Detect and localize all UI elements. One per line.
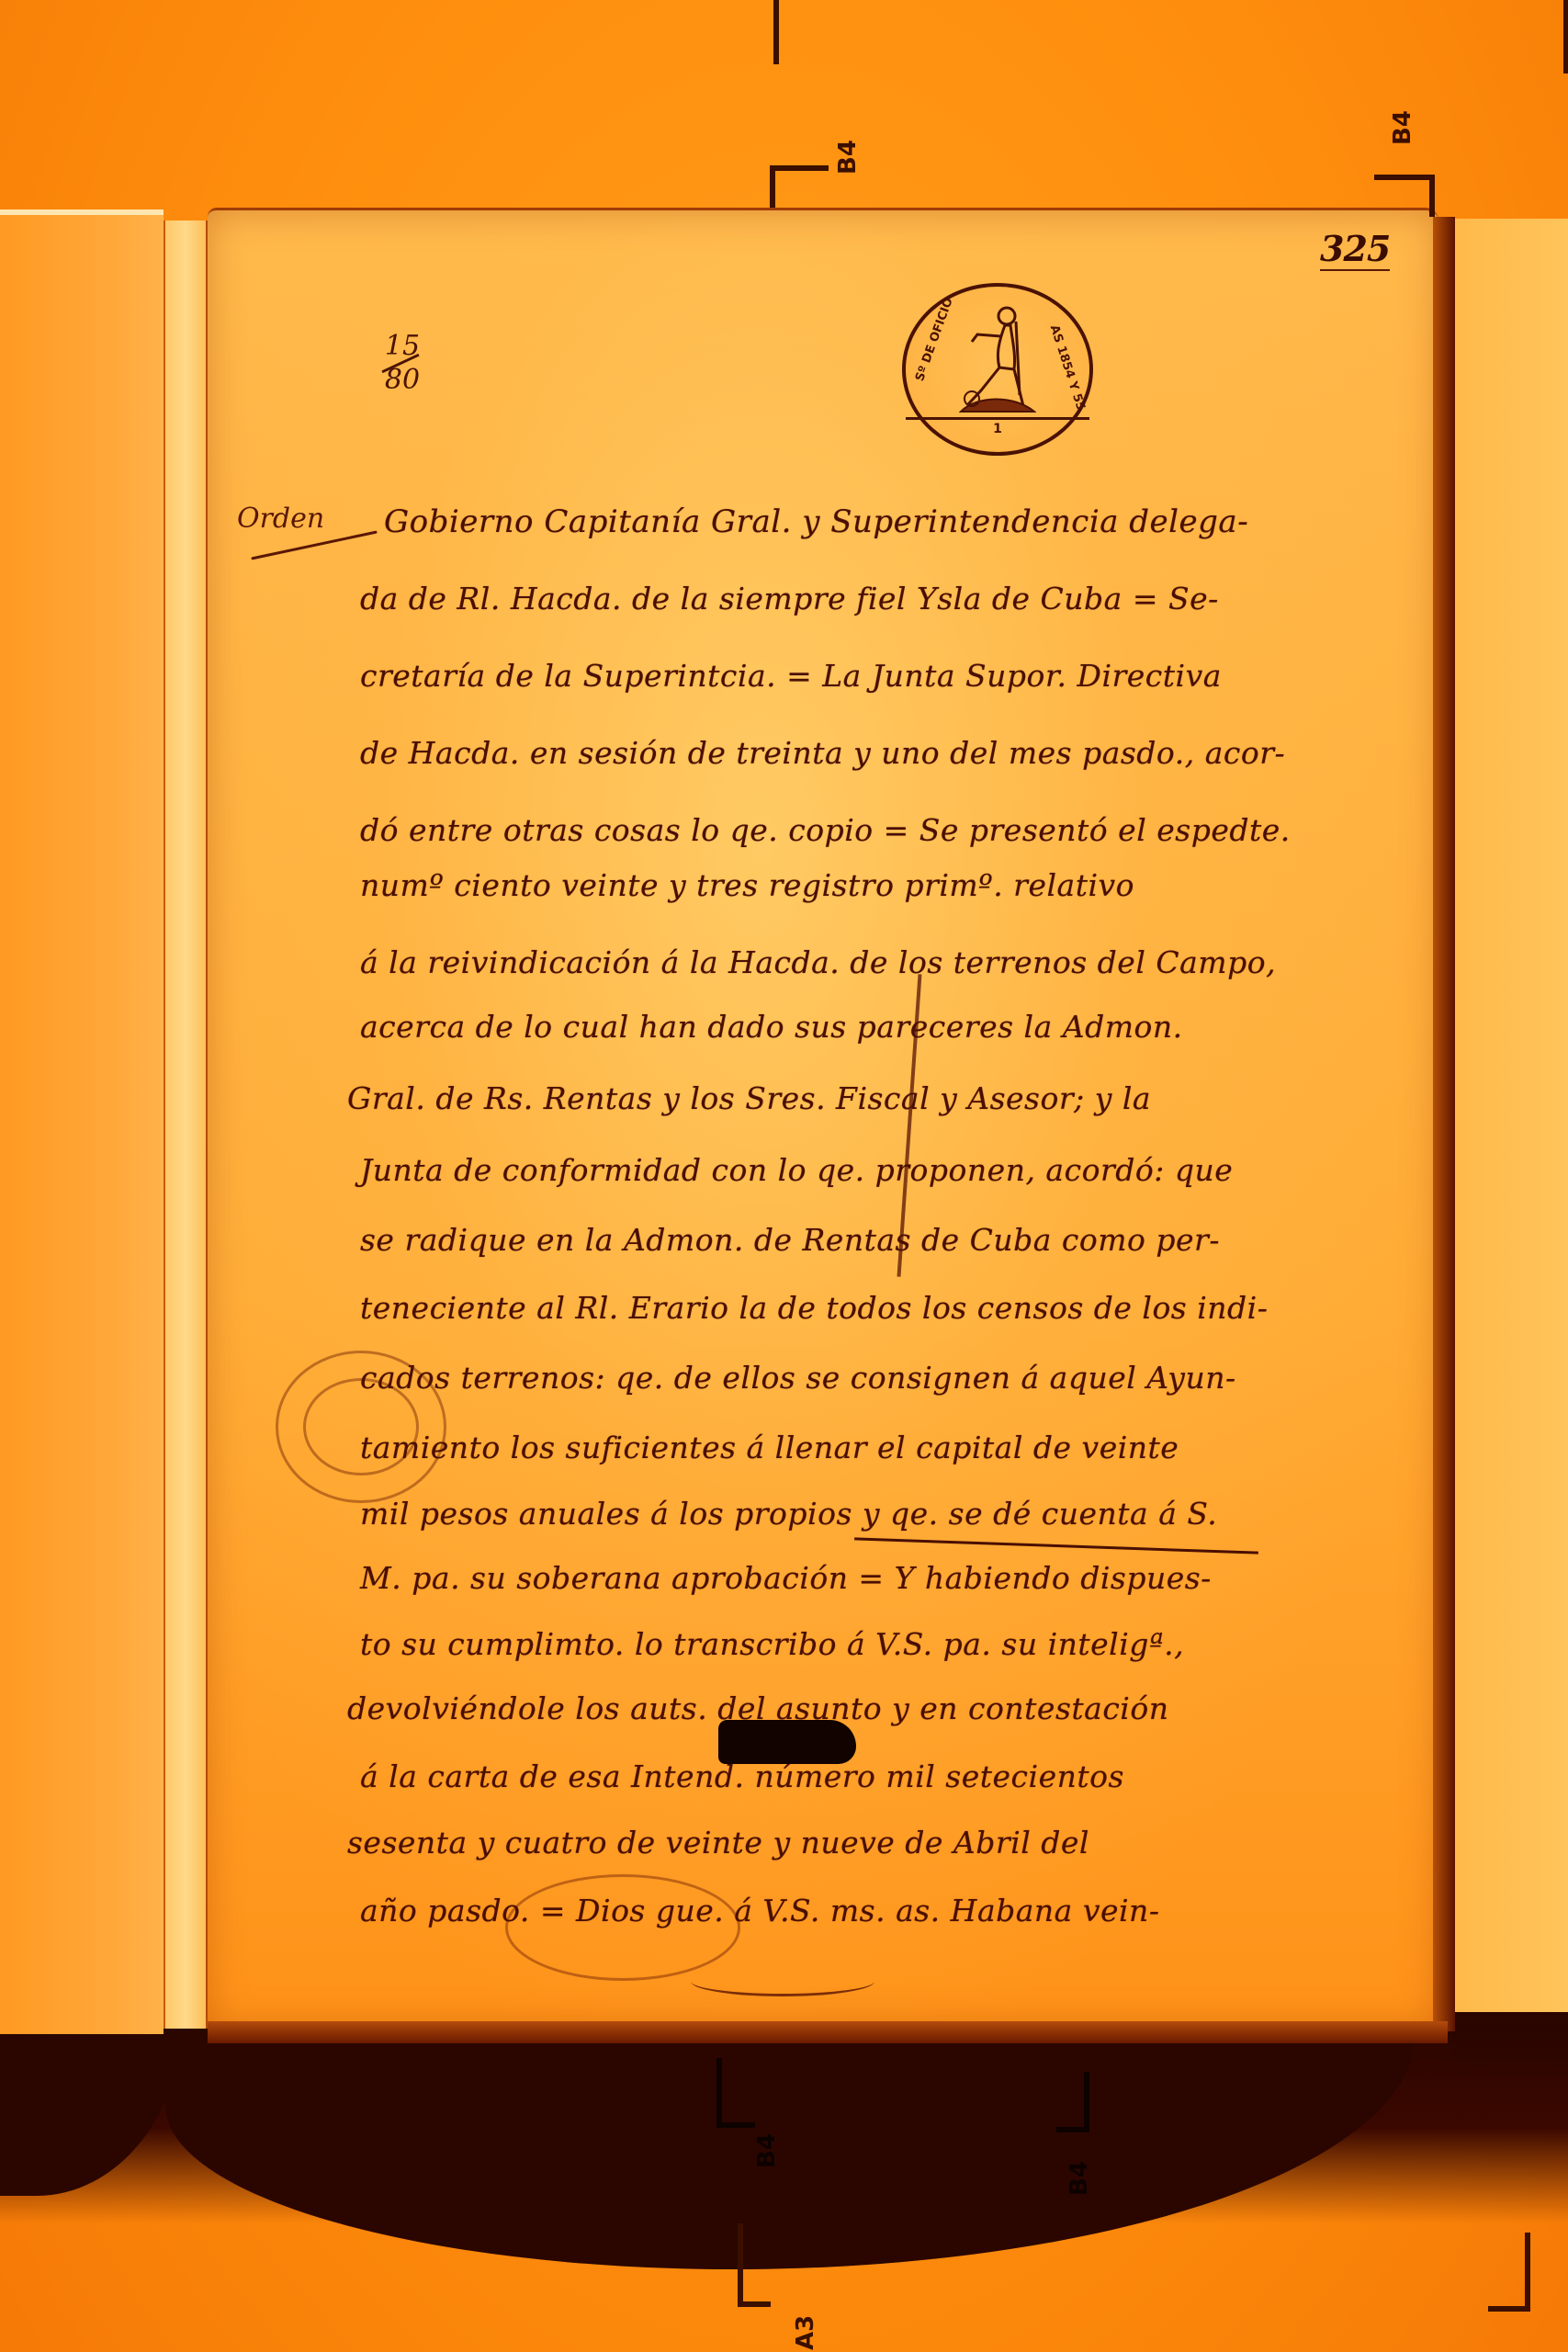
- crop-mark-top-center-corner: [770, 165, 829, 208]
- page-edge-bottom: [208, 2021, 1448, 2043]
- crop-label-b4-top-center: B4: [834, 140, 862, 175]
- manuscript-line: cados terrenos: qe. de ellos se consigne…: [360, 1360, 1236, 1396]
- manuscript-line: mil pesos anuales á los propios y qe. se…: [360, 1496, 1217, 1532]
- manuscript-line: dó entre otras cosas lo qe. copio = Se p…: [360, 812, 1291, 848]
- manuscript-line: Gral. de Rs. Rentas y los Sres. Fiscal y…: [347, 1080, 1151, 1116]
- manuscript-line: M. pa. su soberana aprobación = Y habien…: [360, 1560, 1212, 1596]
- crop-label-a3: A3: [792, 2315, 819, 2350]
- page-gutter: [164, 220, 208, 2029]
- crop-mark-top-right: [1563, 0, 1568, 73]
- manuscript-line: numº ciento veinte y tres registro primº…: [360, 867, 1134, 903]
- margin-fraction: 15 80: [384, 333, 421, 394]
- right-paper-flap: [1451, 219, 1568, 2029]
- ink-blot-redaction: [718, 1720, 856, 1764]
- crop-label-b4-bottom-right: B4: [1066, 2161, 1093, 2196]
- manuscript-line: tamiento los suficientes á llenar el cap…: [360, 1430, 1179, 1465]
- seated-allegorical-figure-icon: [959, 303, 1036, 413]
- closing-flourish: [691, 1966, 874, 1996]
- crop-label-b4-top-right: B4: [1389, 110, 1416, 145]
- manuscript-line: teneciente al Rl. Erario la de todos los…: [360, 1290, 1268, 1326]
- flap-shadow: [1451, 2021, 1568, 2076]
- manuscript-line: se radique en la Admon. de Rentas de Cub…: [360, 1222, 1220, 1258]
- left-facing-page: [0, 209, 164, 2034]
- manuscript-line: sesenta y cuatro de veinte y nueve de Ab…: [347, 1825, 1089, 1860]
- manuscript-line: Junta de conformidad con lo qe. proponen…: [360, 1152, 1233, 1188]
- crop-label-b4-bottom-center: B4: [753, 2133, 781, 2168]
- crop-mark-bottom-far-right: [1488, 2233, 1530, 2312]
- manuscript-line: Gobierno Capitanía Gral. y Superintenden…: [384, 503, 1248, 540]
- manuscript-line: á la reivindicación á la Hacda. de los t…: [360, 944, 1276, 980]
- manuscript-line: da de Rl. Hacda. de la siempre fiel Ysla…: [360, 581, 1219, 616]
- manuscript-line: to su cumplimto. lo transcribo á V.S. pa…: [360, 1626, 1184, 1662]
- manuscript-line: cretaría de la Superintcia. = La Junta S…: [360, 658, 1222, 694]
- stamp-bottom-text: 1: [906, 417, 1089, 436]
- crop-mark-top-right-corner: [1374, 175, 1435, 217]
- official-stamp-seal: Sº DE OFICIO AS 1854 Y 55 1: [902, 283, 1093, 456]
- crop-mark-top-center: [773, 0, 779, 64]
- crop-mark-bottom-center: [716, 2058, 755, 2128]
- manuscript-line: año pasdo. = Dios gue. á V.S. ms. as. Ha…: [360, 1893, 1159, 1928]
- folio-number: 325: [1320, 228, 1390, 271]
- stamp-text-right: AS 1854 Y 55: [1047, 323, 1088, 413]
- margin-heading: Orden: [237, 503, 324, 535]
- book-shadow-curve: [165, 2012, 1415, 2269]
- crop-mark-bottom-left: [738, 2223, 771, 2307]
- manuscript-line: de Hacda. en sesión de treinta y uno del…: [360, 735, 1285, 771]
- page-edge-right: [1433, 217, 1455, 2031]
- manuscript-line: acerca de lo cual han dado sus pareceres…: [360, 1009, 1183, 1045]
- crop-mark-bottom-right: [1056, 2072, 1089, 2132]
